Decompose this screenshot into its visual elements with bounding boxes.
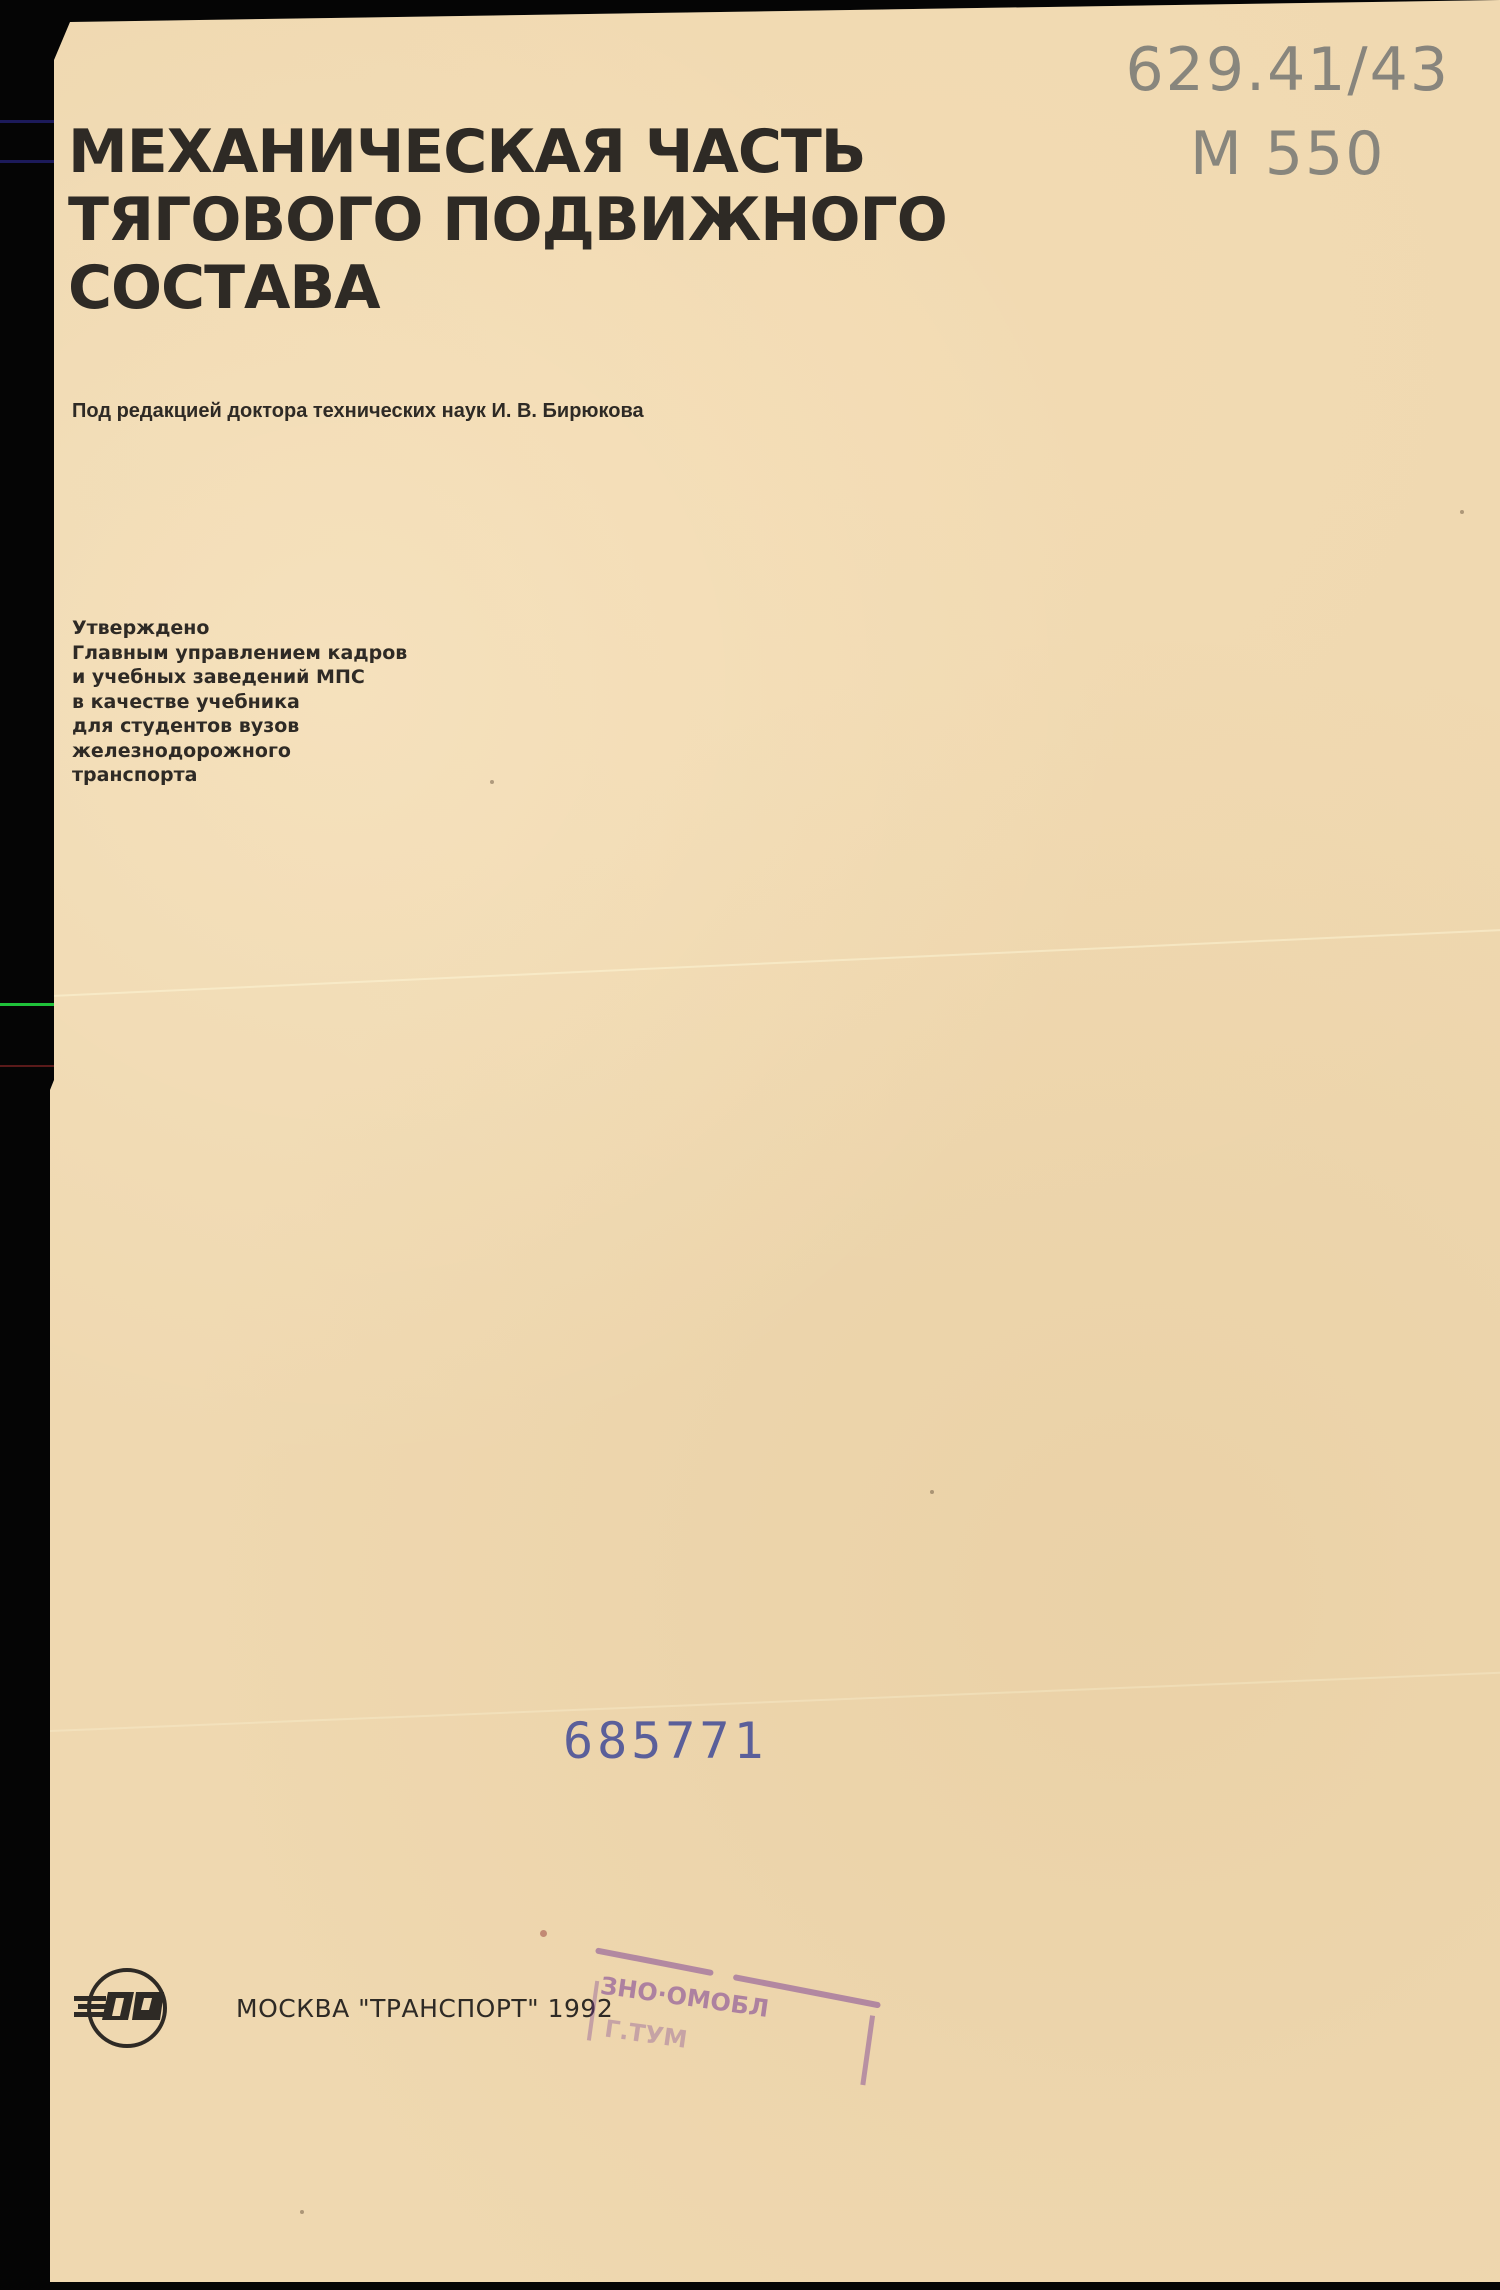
approval-line: Главным управлением кадров <box>72 641 407 666</box>
publisher-logo-icon <box>72 1958 172 2058</box>
title-line: ТЯГОВОГО ПОДВИЖНОГО <box>68 186 947 254</box>
library-call-number: 629.41/43 М 550 <box>1125 28 1450 196</box>
scan-edge-artifact <box>0 120 60 123</box>
book-title: МЕХАНИЧЕСКАЯ ЧАСТЬ ТЯГОВОГО ПОДВИЖНОГО С… <box>68 118 947 322</box>
editor-credit: Под редакцией доктора технических наук И… <box>72 400 644 423</box>
approval-line: железнодорожного <box>72 739 407 764</box>
paper-page <box>50 0 1500 2282</box>
publisher-imprint: МОСКВА "ТРАНСПОРТ" 1992 <box>72 1958 613 2058</box>
paper-crease <box>50 929 1500 997</box>
approval-statement: Утверждено Главным управлением кадров и … <box>72 616 407 788</box>
scan-edge-artifact <box>0 1065 60 1067</box>
paper-speck <box>490 780 494 784</box>
paper-speck <box>930 1490 934 1494</box>
paper-speck <box>540 1930 547 1937</box>
imprint-text: МОСКВА "ТРАНСПОРТ" 1992 <box>236 1994 613 2023</box>
scanned-title-page: 629.41/43 М 550 МЕХАНИЧЕСКАЯ ЧАСТЬ ТЯГОВ… <box>0 0 1500 2290</box>
approval-line: для студентов вузов <box>72 714 407 739</box>
approval-line: в качестве учебника <box>72 690 407 715</box>
approval-line: и учебных заведений МПС <box>72 665 407 690</box>
approval-line: Утверждено <box>72 616 407 641</box>
paper-speck <box>1460 510 1464 514</box>
stamp-text: Г.ТУМ <box>603 2015 689 2054</box>
call-number-author-mark: М 550 <box>1125 112 1450 196</box>
scan-edge-artifact <box>0 160 60 163</box>
approval-line: транспорта <box>72 763 407 788</box>
call-number-classification: 629.41/43 <box>1125 28 1450 112</box>
title-line: МЕХАНИЧЕСКАЯ ЧАСТЬ <box>68 118 947 186</box>
paper-speck <box>300 2210 304 2214</box>
title-line: СОСТАВА <box>68 254 947 322</box>
scan-edge-artifact <box>0 1003 60 1006</box>
paper-crease <box>50 1671 1500 1732</box>
inventory-number: 685771 <box>563 1712 768 1770</box>
